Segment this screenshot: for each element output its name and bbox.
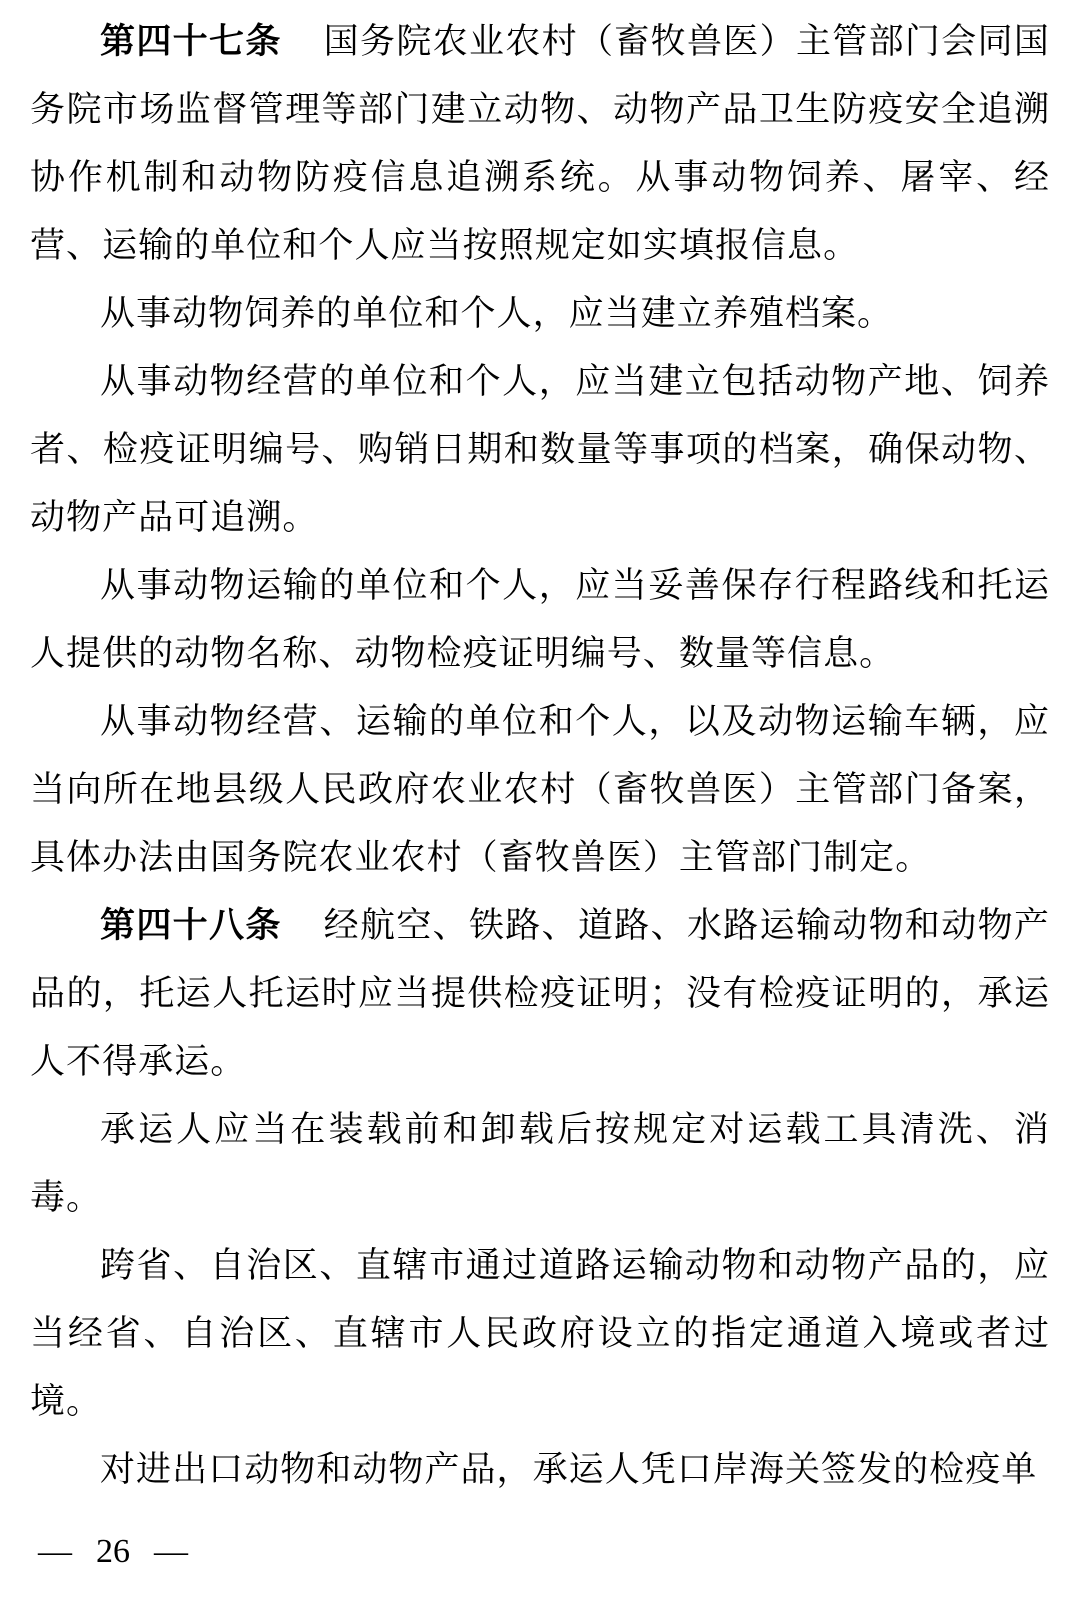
paragraph-text: 承运人应当在装载前和卸载后按规定对运载工具清洗、消毒。 xyxy=(30,1110,1050,1217)
page-number: 26 xyxy=(96,1532,130,1572)
article-48-number: 第四十八条 xyxy=(100,906,282,945)
article-47-number: 第四十七条 xyxy=(100,22,282,61)
paragraph-text: 跨省、自治区、直辖市通过道路运输动物和动物产品的，应当经省、自治区、直辖市人民政… xyxy=(30,1246,1050,1421)
document-page: 第四十七条国务院农业农村（畜牧兽医）主管部门会同国务院市场监督管理等部门建立动物… xyxy=(0,0,1080,1597)
paragraph-text: 从事动物经营的单位和个人，应当建立包括动物产地、饲养者、检疫证明编号、购销日期和… xyxy=(30,362,1050,537)
paragraph: 承运人应当在装载前和卸载后按规定对运载工具清洗、消毒。 xyxy=(30,1096,1050,1232)
paragraph-article-48: 第四十八条经航空、铁路、道路、水路运输动物和动物产品的，托运人托运时应当提供检疫… xyxy=(30,892,1050,1096)
paragraph: 跨省、自治区、直辖市通过道路运输动物和动物产品的，应当经省、自治区、直辖市人民政… xyxy=(30,1232,1050,1436)
paragraph-text: 从事动物饲养的单位和个人，应当建立养殖档案。 xyxy=(100,294,893,333)
paragraph: 从事动物运输的单位和个人，应当妥善保存行程路线和托运人提供的动物名称、动物检疫证… xyxy=(30,552,1050,688)
paragraph: 从事动物经营、运输的单位和个人，以及动物运输车辆，应当向所在地县级人民政府农业农… xyxy=(30,688,1050,892)
footer-left-dash: — xyxy=(38,1532,72,1572)
paragraph: 对进出口动物和动物产品，承运人凭口岸海关签发的检疫单 xyxy=(30,1436,1050,1504)
page-footer: — 26 — xyxy=(38,1532,188,1572)
paragraph-text: 从事动物经营、运输的单位和个人，以及动物运输车辆，应当向所在地县级人民政府农业农… xyxy=(30,702,1050,877)
paragraph: 从事动物饲养的单位和个人，应当建立养殖档案。 xyxy=(30,280,1050,348)
paragraph-text: 从事动物运输的单位和个人，应当妥善保存行程路线和托运人提供的动物名称、动物检疫证… xyxy=(30,566,1050,673)
footer-right-dash: — xyxy=(154,1532,188,1572)
paragraph-article-47: 第四十七条国务院农业农村（畜牧兽医）主管部门会同国务院市场监督管理等部门建立动物… xyxy=(30,8,1050,280)
document-body: 第四十七条国务院农业农村（畜牧兽医）主管部门会同国务院市场监督管理等部门建立动物… xyxy=(30,8,1050,1504)
paragraph: 从事动物经营的单位和个人，应当建立包括动物产地、饲养者、检疫证明编号、购销日期和… xyxy=(30,348,1050,552)
paragraph-text: 对进出口动物和动物产品，承运人凭口岸海关签发的检疫单 xyxy=(100,1450,1037,1489)
